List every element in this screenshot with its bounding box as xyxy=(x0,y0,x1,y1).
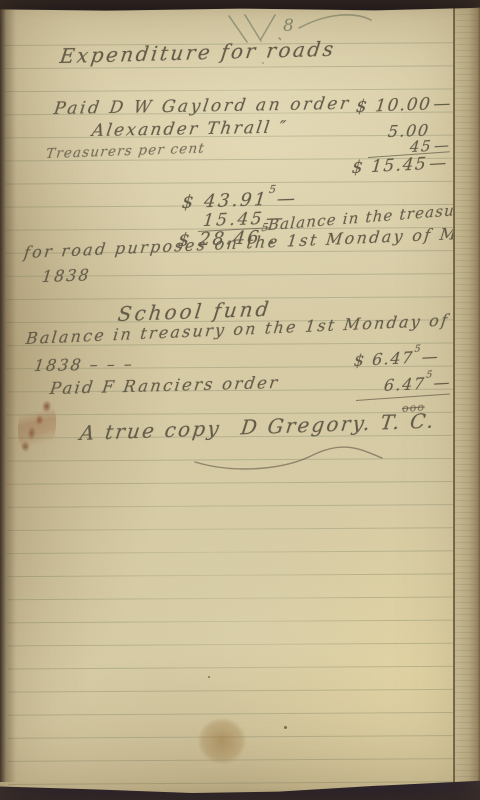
amount-fraction: 5 xyxy=(426,370,433,381)
ledger-page-scan: 8 Expenditure for roads Paid D W Gaylord… xyxy=(0,0,480,800)
speck xyxy=(284,726,287,729)
amount-dash: — xyxy=(433,373,451,393)
speck xyxy=(262,62,264,64)
road-entry-amount: $ 10.00— xyxy=(355,94,451,117)
amount-fraction: 5 xyxy=(414,344,421,355)
balance-year: 1838 xyxy=(41,265,92,286)
school-balance-year: 1838 – – – xyxy=(33,354,135,375)
page-number: 8 xyxy=(283,16,294,36)
amount-main: $ 10.00 xyxy=(355,94,432,117)
book-page-edges xyxy=(453,8,480,786)
gutter-shadow xyxy=(0,4,16,782)
attestation-phrase: A true copy xyxy=(79,416,223,445)
school-entry-amount: 6.475— xyxy=(383,373,450,396)
round-stain xyxy=(198,718,246,764)
amount-dash: — xyxy=(421,347,439,367)
road-entry-label: Alexander Thrall ″ xyxy=(91,118,289,141)
amount-fraction: 5 xyxy=(268,183,276,196)
amount-dash: — xyxy=(276,188,296,210)
signature-flourish-icon xyxy=(190,446,390,476)
amount-main: $ 6.47 xyxy=(353,348,414,370)
amount-dash: — xyxy=(428,153,447,174)
amount-dash: — xyxy=(432,94,451,115)
speck xyxy=(208,676,210,678)
amount-main: 6.47 xyxy=(383,374,426,395)
amount-main: $ 15.45 xyxy=(351,154,428,178)
